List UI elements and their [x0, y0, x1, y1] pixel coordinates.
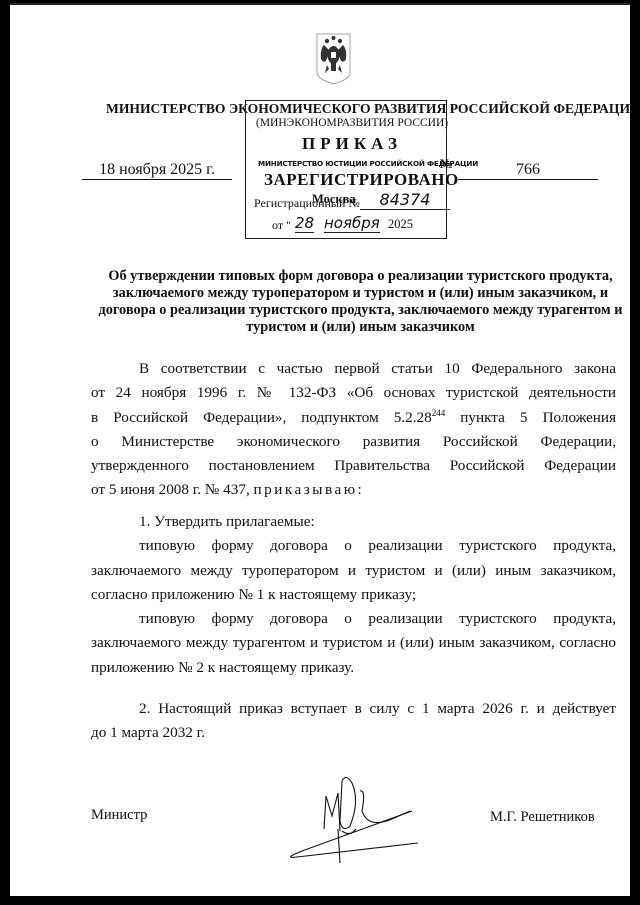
signer-name: М.Г. Решетников [490, 809, 595, 826]
preamble-line-text: в Российской Федерации», подпунктом 5.2.… [91, 409, 432, 426]
handwritten-signature-icon [242, 771, 432, 866]
signature-block: Министр М.Г. Решетников [10, 783, 630, 883]
document-date: 18 ноября 2025 г. [82, 161, 232, 180]
form-2-line: заключаемого между турагентом и туристом… [91, 631, 616, 655]
preamble-line: в Российской Федерации», подпунктом 5.2.… [91, 406, 616, 430]
preamble: В соответствии с частью первой статьи 10… [91, 357, 616, 503]
form-2-line: типовую форму договора о реализации тури… [91, 607, 616, 631]
scan-edge [10, 3, 630, 5]
form-1-line: типовую форму договора о реализации тури… [91, 534, 616, 558]
document-title: Об утверждении типовых форм договора о р… [98, 268, 623, 336]
stamp-month: ноября [324, 214, 380, 233]
document-page: МИНИСТЕРСТВО ЭКОНОМИЧЕСКОГО РАЗВИТИЯ РОС… [10, 3, 630, 898]
preamble-line: от 5 июня 2008 г. № 437, приказываю: [91, 478, 616, 502]
coat-of-arms-icon [316, 33, 351, 85]
stamp-status: ЗАРЕГИСТРИРОВАНО [264, 170, 459, 190]
stamp-from-label: от " [272, 218, 291, 233]
preamble-line-tail: пункта 5 Положения [460, 409, 616, 426]
document-number: 766 [458, 161, 598, 180]
form-2-line: приложению № 2 к настоящему приказу. [91, 656, 616, 680]
item-1: 1. Утвердить прилагаемые: типовую форму … [91, 510, 616, 680]
preamble-line: В соответствии с частью первой статьи 10… [91, 357, 616, 381]
preamble-line: от 24 ноября 1996 г. № 132-ФЗ «Об основа… [91, 381, 616, 405]
preamble-line: утвержденного постановлением Правительст… [91, 454, 616, 478]
stamp-day: 28 [295, 214, 314, 233]
stamp-reg-number: 84374 [360, 190, 450, 210]
decree-word: приказываю: [254, 481, 365, 498]
item-2-line: 2. Настоящий приказ вступает в силу с 1 … [91, 697, 616, 721]
number-sign: № [440, 156, 453, 172]
superscript: 244 [432, 408, 446, 418]
preamble-line-text: от 5 июня 2008 г. № 437, [91, 481, 250, 498]
scan-edge-bottom [0, 896, 640, 905]
form-1-line: согласно приложению № 1 к настоящему при… [91, 583, 616, 607]
signer-role: Министр [91, 807, 147, 824]
form-1-line: заключаемого между туроператором и турис… [91, 559, 616, 583]
item-2: 2. Настоящий приказ вступает в силу с 1 … [91, 697, 616, 746]
preamble-line: о Министерстве экономического развития Р… [91, 430, 616, 454]
item-1-heading: 1. Утвердить прилагаемые: [91, 510, 616, 534]
stamp-year: 2025 [388, 217, 413, 232]
stamp-city: Москва [312, 192, 356, 207]
item-2-line: до 1 марта 2032 г. [91, 721, 616, 745]
